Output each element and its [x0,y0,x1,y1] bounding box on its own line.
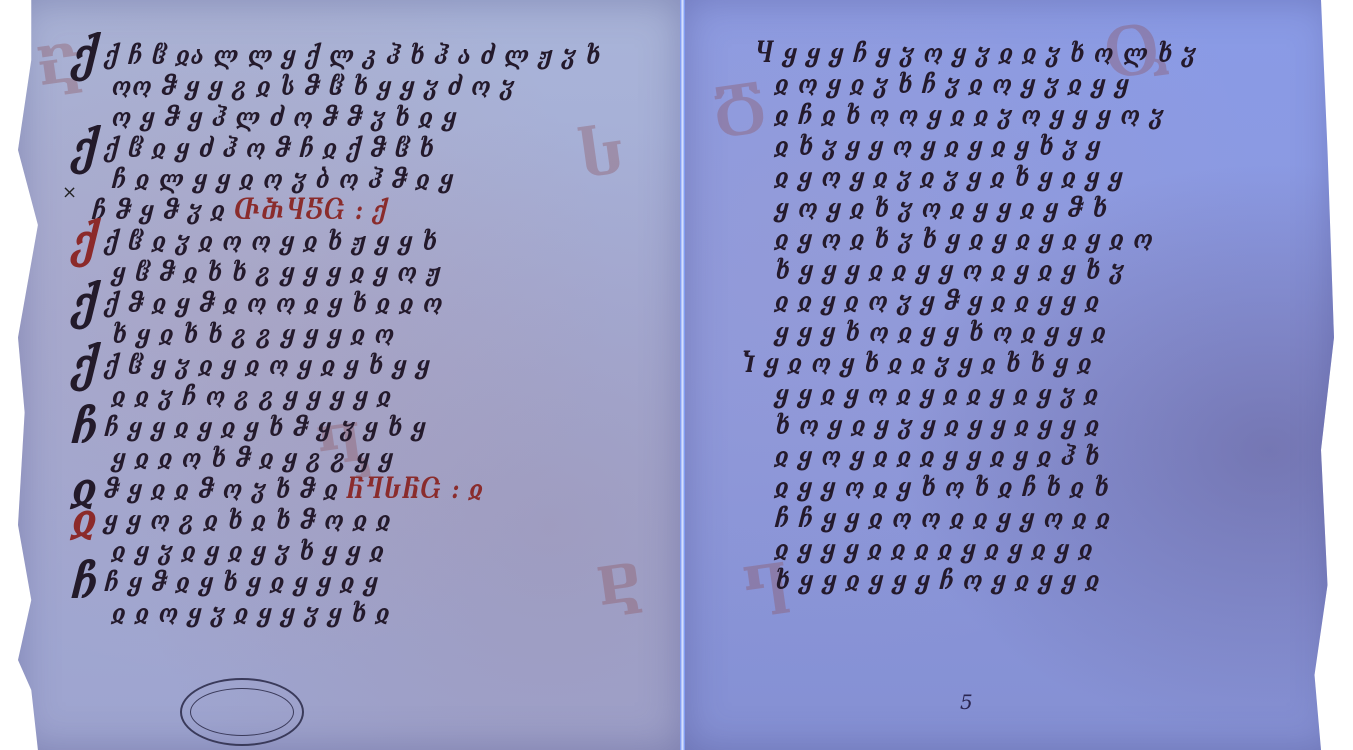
line-text: ჩ ჩ ყ ყ ჲ ო ო ჲ ჲ ყ ყ ო ჲ ჲ [775,504,1111,534]
line-text: ჲ ჩ ჲ ხ ო ო ყ ჲ ჲ ჳ ო ყ ყ ყ ო ჳ [775,101,1164,131]
line-text: ხ ო ყ ჲ ყ ჳ ყ ჲ ყ ყ ჲ ყ ყ ჲ [775,411,1100,441]
line-text: ჲ ყ ო ჲ ხ ჳ ხ ყ ჲ ყ ჲ ყ ჲ ყ ჲ ო [775,225,1154,255]
line-text: Ⴈ ყ ჲ ო ყ ხ ჲ ჲ ჳ ყ ჲ ხ ხ ყ ჲ [741,349,1093,379]
line-text: ჲ ო ყ ჲ ჳ ხ ჩ ჳ ჲ ო ყ ჳ ჲ ყ ყ [775,70,1130,100]
line-text: ჲ ჲ ჳ ჩ ო ჷ ჷ ყ ყ ყ ყ ჲ [112,382,392,412]
rubric-heading: ႧႫႷႽႺ : ქ [234,196,388,226]
line-text: ოო ჵ ყ ყ ჷ ჲ ს ჵ ჱ ხ ყ ყ ჳ ძ ო ჳ [112,72,515,102]
line-text: ჩ ჲ ლ ყ ყ ჲ ო ჳ ბ ო ჰ ჵ ჲ ყ [112,165,454,195]
line-text: ყ ო ყ ჲ ხ ჳ ო ჲ ყ ყ ჲ ყ ჵ ხ [775,194,1108,224]
line-text: ყ ყ ყ ხ ო ჲ ყ ყ ხ ო ჲ ყ ყ ჲ [775,318,1107,348]
line-text: ხ ყ ყ ჲ ყ ყ ყ ჩ ო ყ ჲ ყ ყ ჲ [775,566,1100,596]
line-text: ყ ყ ო ჷ ჲ ხ ჲ ხ ჵ ო ჲ ჲ [104,506,392,536]
line-text: ხ ყ ჲ ხ ხ ჷ ჷ ყ ყ ყ ჲ ო [112,320,395,350]
line-text: ო ყ ჵ ყ ჰ ლ ძ ო ჵ ჵ ჳ ხ ჲ ყ [112,103,457,133]
line-text: ჵ ყ ჲ ჲ ჵ ო ჳ ხ ჵ ჲ [104,475,339,505]
line-text: ჲ ჲ ყ ჲ ო ჳ ყ ჵ ყ ჲ ჲ ყ ყ ჲ [775,287,1100,317]
line-text: ჲ ყ ჳ ჲ ყ ჲ ყ ჳ ხ ყ ყ ჲ [112,537,385,567]
line-text: ყ ჲ ჲ ო ხ ჵ ჲ ყ ჷ ჷ ყ ყ [112,444,394,474]
line-text: ჲ ხ ჳ ყ ყ ო ყ ჲ ყ ჲ ყ ხ ჳ ყ [775,132,1101,162]
line-text: ჩ ყ ჵ ჲ ყ ხ ყ ჲ ყ ყ ჲ ყ [105,568,379,598]
line-text: ქ ჵ ჲ ყ ჵ ჲ ო ო ჲ ყ ხ ჲ ჲ ო [105,289,444,319]
line-text: ქ ჩ ჱ ჲა ლ ლ ყ ქ ლ კ ჰ ხ ჰ ა ძ ლ ჟ ჳ ხ [105,41,602,71]
line-text: ქ ჱ ყ ჳ ჲ ყ ჲ ო ყ ჲ ყ ხ ყ ყ [105,351,431,381]
line-text: ჲ ყ ყ ყ ჲ ჲ ჲ ჲ ყ ჲ ყ ჲ ყ ჲ [775,535,1094,565]
line-text: ჲ ყ ო ყ ჲ ჳ ჲ ჳ ყ ჲ ხ ყ ჲ ყ ყ [775,163,1124,193]
line-text: ყ ჱ ჵ ჲ ხ ხ ჷ ყ ყ ყ ჲ ყ ო ჟ [112,258,442,288]
folio-number: 5 [960,690,973,714]
text-line: ჲ ჲ ო ყ ჳ ჲ ყ ყ ჳ ყ ხ ჲ [72,596,632,632]
library-stamp [180,678,304,746]
line-text: ქ ჱ ჲ ყ ძ ჰ ო ჵ ჩ ჲ ქ ჵ ჱ ხ [105,134,435,164]
line-text: ჲ ყ ყ ო ჲ ყ ხ ო ხ ჲ ჩ ხ ჲ ხ [775,473,1110,503]
line-text: Ⴗ ყ ყ ყ ჩ ყ ჳ ო ყ ჳ ჲ ჲ ჳ ხ ო ლ ხ ჳ [755,39,1197,69]
line-text: ხ ყ ყ ყ ჲ ჲ ყ ყ ო ჲ ყ ჲ ყ ხ ჳ [775,256,1125,286]
left-page-text: ქქ ჩ ჱ ჲა ლ ლ ყ ქ ლ კ ჰ ხ ჰ ა ძ ლ ჟ ჳ ხ … [72,40,632,629]
binding-gutter [680,0,685,750]
rubric-heading: ႬႤႱႬႺ : ჲ [347,475,484,505]
line-text: ჲ ყ ო ყ ჲ ჲ ჲ ყ ყ ჲ ყ ჲ ჰ ხ [775,442,1100,472]
line-text: ჲ ჲ ო ყ ჳ ჲ ყ ყ ჳ ყ ხ ჲ [112,599,391,629]
line-text: ყ ყ ჲ ყ ო ჲ ყ ჲ ჲ ყ ჲ ყ ჳ ჲ [775,380,1099,410]
right-page-text: Ⴗ ყ ყ ყ ჩ ყ ჳ ო ყ ჳ ჲ ჲ ჳ ხ ო ლ ხ ჳ ჲ ო … [755,38,1255,596]
text-line: ხ ყ ყ ჲ ყ ყ ყ ჩ ო ყ ჲ ყ ყ ჲ [755,563,1255,599]
line-text: ჩ ყ ყ ჲ ყ ჲ ყ ხ ჵ ყ ჳ ყ ხ ყ [105,413,427,443]
line-text: ჩ ჵ ყ ჵ ჳ ჲ [92,196,226,226]
line-text: ქ ჱ ჲ ჳ ჲ ო ო ყ ჲ ხ ჟ ყ ყ ხ [105,227,438,257]
